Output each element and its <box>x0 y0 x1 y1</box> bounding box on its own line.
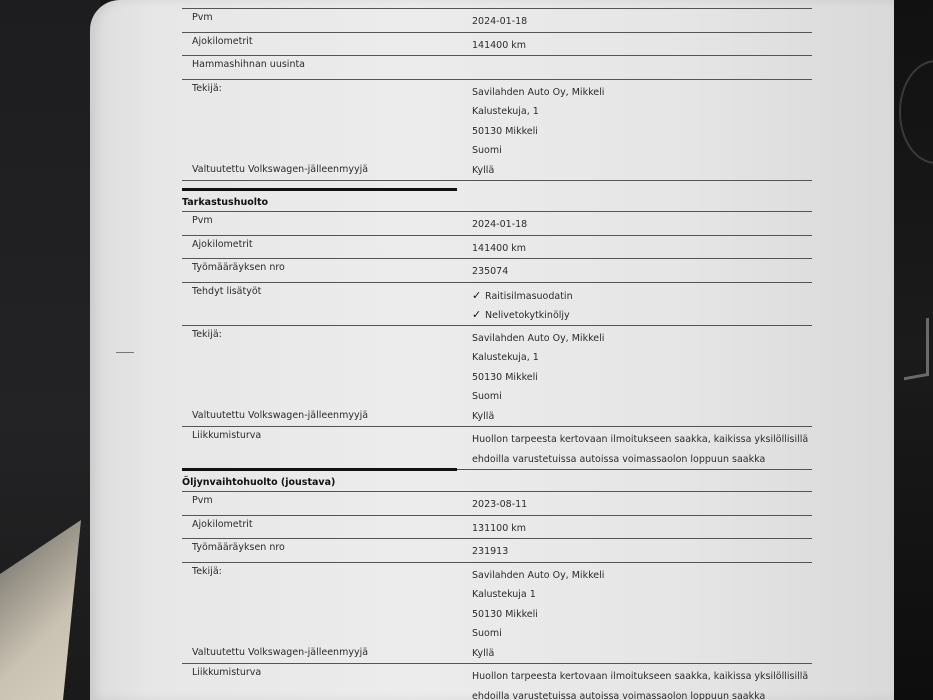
performer-line: Kalustekuja, 1 <box>472 102 812 122</box>
mobility-line: Huollon tarpeesta kertovaan ilmoitukseen… <box>472 430 812 450</box>
performer-line: Kalustekuja, 1 <box>472 348 812 368</box>
performer-line: 50130 Mikkeli <box>472 122 812 142</box>
mobility-line: ehdoilla varustetuissa autoissa voimassa… <box>472 687 812 700</box>
performer-label: Tekijä: <box>192 83 222 94</box>
mileage-label: Ajokilometrit <box>192 239 253 250</box>
row-work-order: Työmääräyksen nro 235074 <box>182 259 812 283</box>
date-value: 2023-08-11 <box>472 495 812 515</box>
timing-belt-value <box>472 59 812 79</box>
section-oil-change: Öljynvaihtohuolto (joustava) Pvm 2023-08… <box>182 468 812 700</box>
row-mileage: Ajokilometrit 141400 km <box>182 33 812 57</box>
row-extra-work: Tehdyt lisätyöt Raitisilmasuodatin Neliv… <box>182 283 812 326</box>
authorized-dealer-label: Valtuutettu Volkswagen-jälleenmyyjä <box>192 410 368 421</box>
date-label: Pvm <box>192 215 213 226</box>
row-date: Pvm 2024-01-18 <box>182 9 812 33</box>
authorized-dealer-value: Kyllä <box>472 644 812 664</box>
performer-line: Savilahden Auto Oy, Mikkeli <box>472 566 812 586</box>
extra-work-item: Nelivetokytkinöljy <box>472 305 812 325</box>
performer-line: 50130 Mikkeli <box>472 368 812 388</box>
row-date: Pvm 2023-08-11 <box>182 492 812 516</box>
performer-line: Kalustekuja 1 <box>472 585 812 605</box>
date-value: 2024-01-18 <box>472 12 812 32</box>
row-mileage: Ajokilometrit 141400 km <box>182 236 812 260</box>
authorized-dealer-label: Valtuutettu Volkswagen-jälleenmyyjä <box>192 647 368 658</box>
row-work-order: Työmääräyksen nro 231913 <box>182 539 812 563</box>
work-order-label: Työmääräyksen nro <box>192 542 285 553</box>
date-label: Pvm <box>192 12 213 23</box>
section-heading-bar <box>182 188 457 191</box>
mobility-line: ehdoilla varustetuissa autoissa voimassa… <box>472 450 812 470</box>
mileage-value: 141400 km <box>472 239 812 259</box>
section-timing-belt: Pvm 2024-01-18 Ajokilometrit 141400 km H… <box>182 0 812 181</box>
top-divider <box>182 0 812 9</box>
row-date: Pvm 2024-01-18 <box>182 212 812 236</box>
section-title: Tarkastushuolto <box>182 195 812 212</box>
row-performer: Tekijä: Valtuutettu Volkswagen-jälleenmy… <box>182 80 812 182</box>
work-order-value: 231913 <box>472 542 812 562</box>
mileage-label: Ajokilometrit <box>192 519 253 530</box>
row-performer: Tekijä: Valtuutettu Volkswagen-jälleenmy… <box>182 326 812 428</box>
row-mobility-guarantee: Liikkumisturva Huollon tarpeesta kertova… <box>182 427 812 470</box>
background-right <box>888 0 933 700</box>
date-value: 2024-01-18 <box>472 215 812 235</box>
mobility-line: Huollon tarpeesta kertovaan ilmoitukseen… <box>472 667 812 687</box>
authorized-dealer-label: Valtuutettu Volkswagen-jälleenmyyjä <box>192 164 368 175</box>
timing-belt-label: Hammashihnan uusinta <box>192 59 305 70</box>
performer-line: Suomi <box>472 387 812 407</box>
row-timing-belt: Hammashihnan uusinta <box>182 56 812 80</box>
row-mileage: Ajokilometrit 131100 km <box>182 516 812 540</box>
row-performer: Tekijä: Valtuutettu Volkswagen-jälleenmy… <box>182 563 812 665</box>
work-order-value: 235074 <box>472 262 812 282</box>
section-title: Öljynvaihtohuolto (joustava) <box>182 475 812 492</box>
section-inspection-service: Tarkastushuolto Pvm 2024-01-18 Ajokilome… <box>182 188 812 470</box>
fold-mark <box>116 352 134 353</box>
mobility-label: Liikkumisturva <box>192 667 261 678</box>
performer-label: Tekijä: <box>192 329 222 340</box>
mileage-value: 141400 km <box>472 36 812 56</box>
section-heading-bar <box>182 468 457 471</box>
performer-line: Suomi <box>472 624 812 644</box>
performer-line: Savilahden Auto Oy, Mikkeli <box>472 329 812 349</box>
row-mobility-guarantee: Liikkumisturva Huollon tarpeesta kertova… <box>182 664 812 700</box>
car-interior-ring <box>899 60 933 164</box>
performer-line: Savilahden Auto Oy, Mikkeli <box>472 83 812 103</box>
extra-work-item: Raitisilmasuodatin <box>472 286 812 306</box>
extra-work-label: Tehdyt lisätyöt <box>192 286 261 297</box>
performer-line: Suomi <box>472 141 812 161</box>
date-label: Pvm <box>192 495 213 506</box>
work-order-label: Työmääräyksen nro <box>192 262 285 273</box>
mileage-label: Ajokilometrit <box>192 36 253 47</box>
authorized-dealer-value: Kyllä <box>472 161 812 181</box>
performer-line: 50130 Mikkeli <box>472 605 812 625</box>
mileage-value: 131100 km <box>472 519 812 539</box>
performer-label: Tekijä: <box>192 566 222 577</box>
authorized-dealer-value: Kyllä <box>472 407 812 427</box>
car-interior-handle <box>904 318 929 380</box>
mobility-label: Liikkumisturva <box>192 430 261 441</box>
